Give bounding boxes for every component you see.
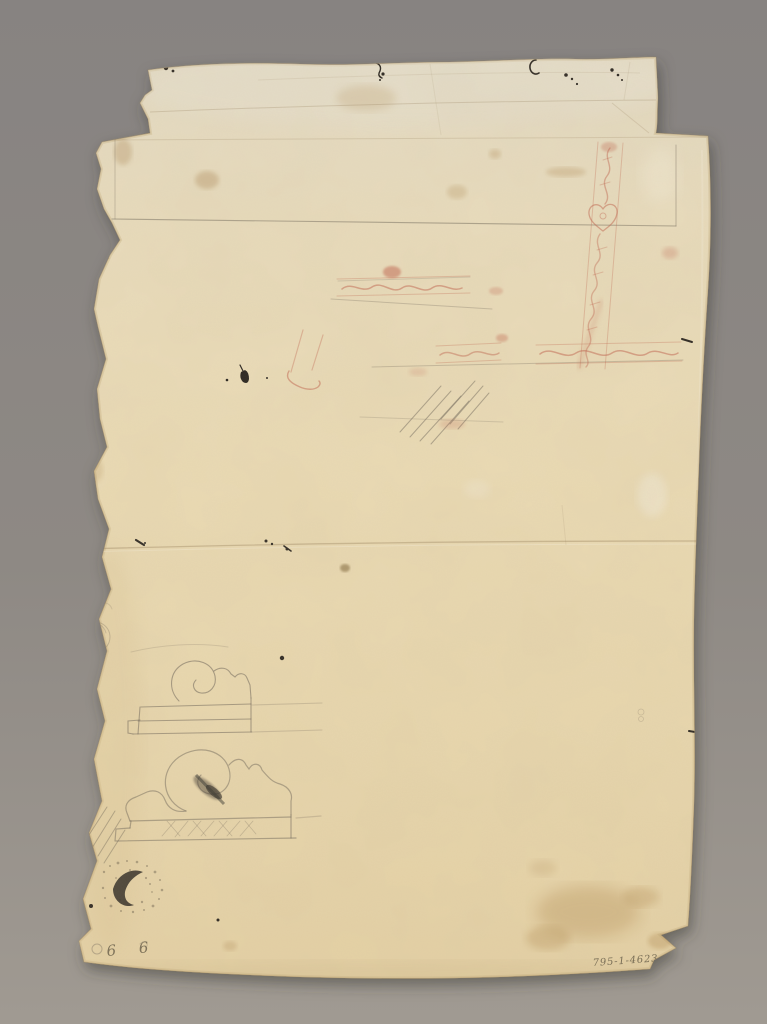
photograph-of-drawing-sheet: 6 6 795-1-4623 (0, 0, 767, 1024)
paper-mottle-texture (60, 40, 725, 990)
artwork-canvas: 6 6 795-1-4623 (0, 0, 767, 1024)
